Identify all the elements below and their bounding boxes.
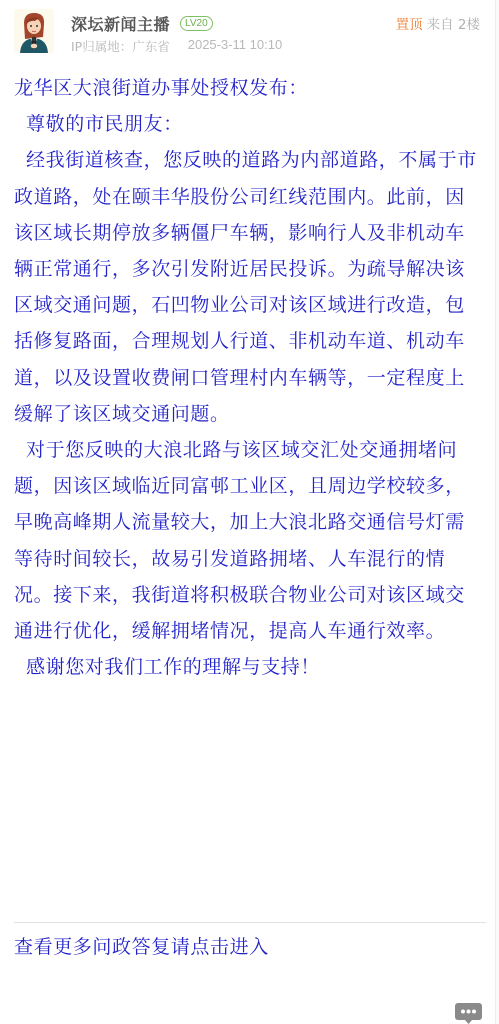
ip-location: IP归属地：广东省 — [71, 37, 170, 55]
post-header: 深坛新闻主播 LV20 IP归属地：广东省 2025-3-11 10:10 置顶… — [0, 0, 495, 62]
post-paragraph-closing: 感谢您对我们工作的理解与支持！ — [14, 649, 480, 685]
scrollbar-track[interactable] — [495, 0, 499, 1024]
divider — [14, 922, 486, 923]
author-line: 深坛新闻主播 LV20 — [71, 12, 213, 34]
pinned-tag: 置顶 — [396, 17, 423, 33]
post-timestamp: 2025-3-11 10:10 — [188, 37, 282, 55]
post-paragraph-2: 对于您反映的大浪北路与该区域交汇处交通拥堵问题，因该区域临近同富邨工业区，且周边… — [14, 432, 480, 649]
author-name[interactable]: 深坛新闻主播 — [71, 12, 170, 35]
post-paragraph-greeting: 尊敬的市民朋友： — [14, 106, 480, 142]
post-body: 龙华区大浪街道办事处授权发布： 尊敬的市民朋友： 经我街道核查，您反映的道路为内… — [14, 70, 480, 685]
post-title-line: 龙华区大浪街道办事处授权发布： — [14, 70, 480, 106]
level-badge: LV20 — [180, 16, 213, 31]
post-floor-info: 置顶来自 2楼 — [396, 13, 480, 33]
post-paragraph-1: 经我街道核查，您反映的道路为内部道路，不属于市政道路，处在颐丰华股份公司红线范围… — [14, 142, 480, 432]
avatar[interactable] — [14, 9, 54, 53]
comment-bubble-icon — [455, 1003, 482, 1024]
more-replies-link[interactable]: 查看更多问政答复请点击进入 — [14, 932, 269, 962]
post-meta: IP归属地：广东省 2025-3-11 10:10 — [71, 37, 282, 55]
news-anchor-avatar-icon — [14, 9, 54, 53]
comment-button[interactable] — [455, 1003, 482, 1024]
floor-label: 来自 2楼 — [427, 17, 480, 33]
